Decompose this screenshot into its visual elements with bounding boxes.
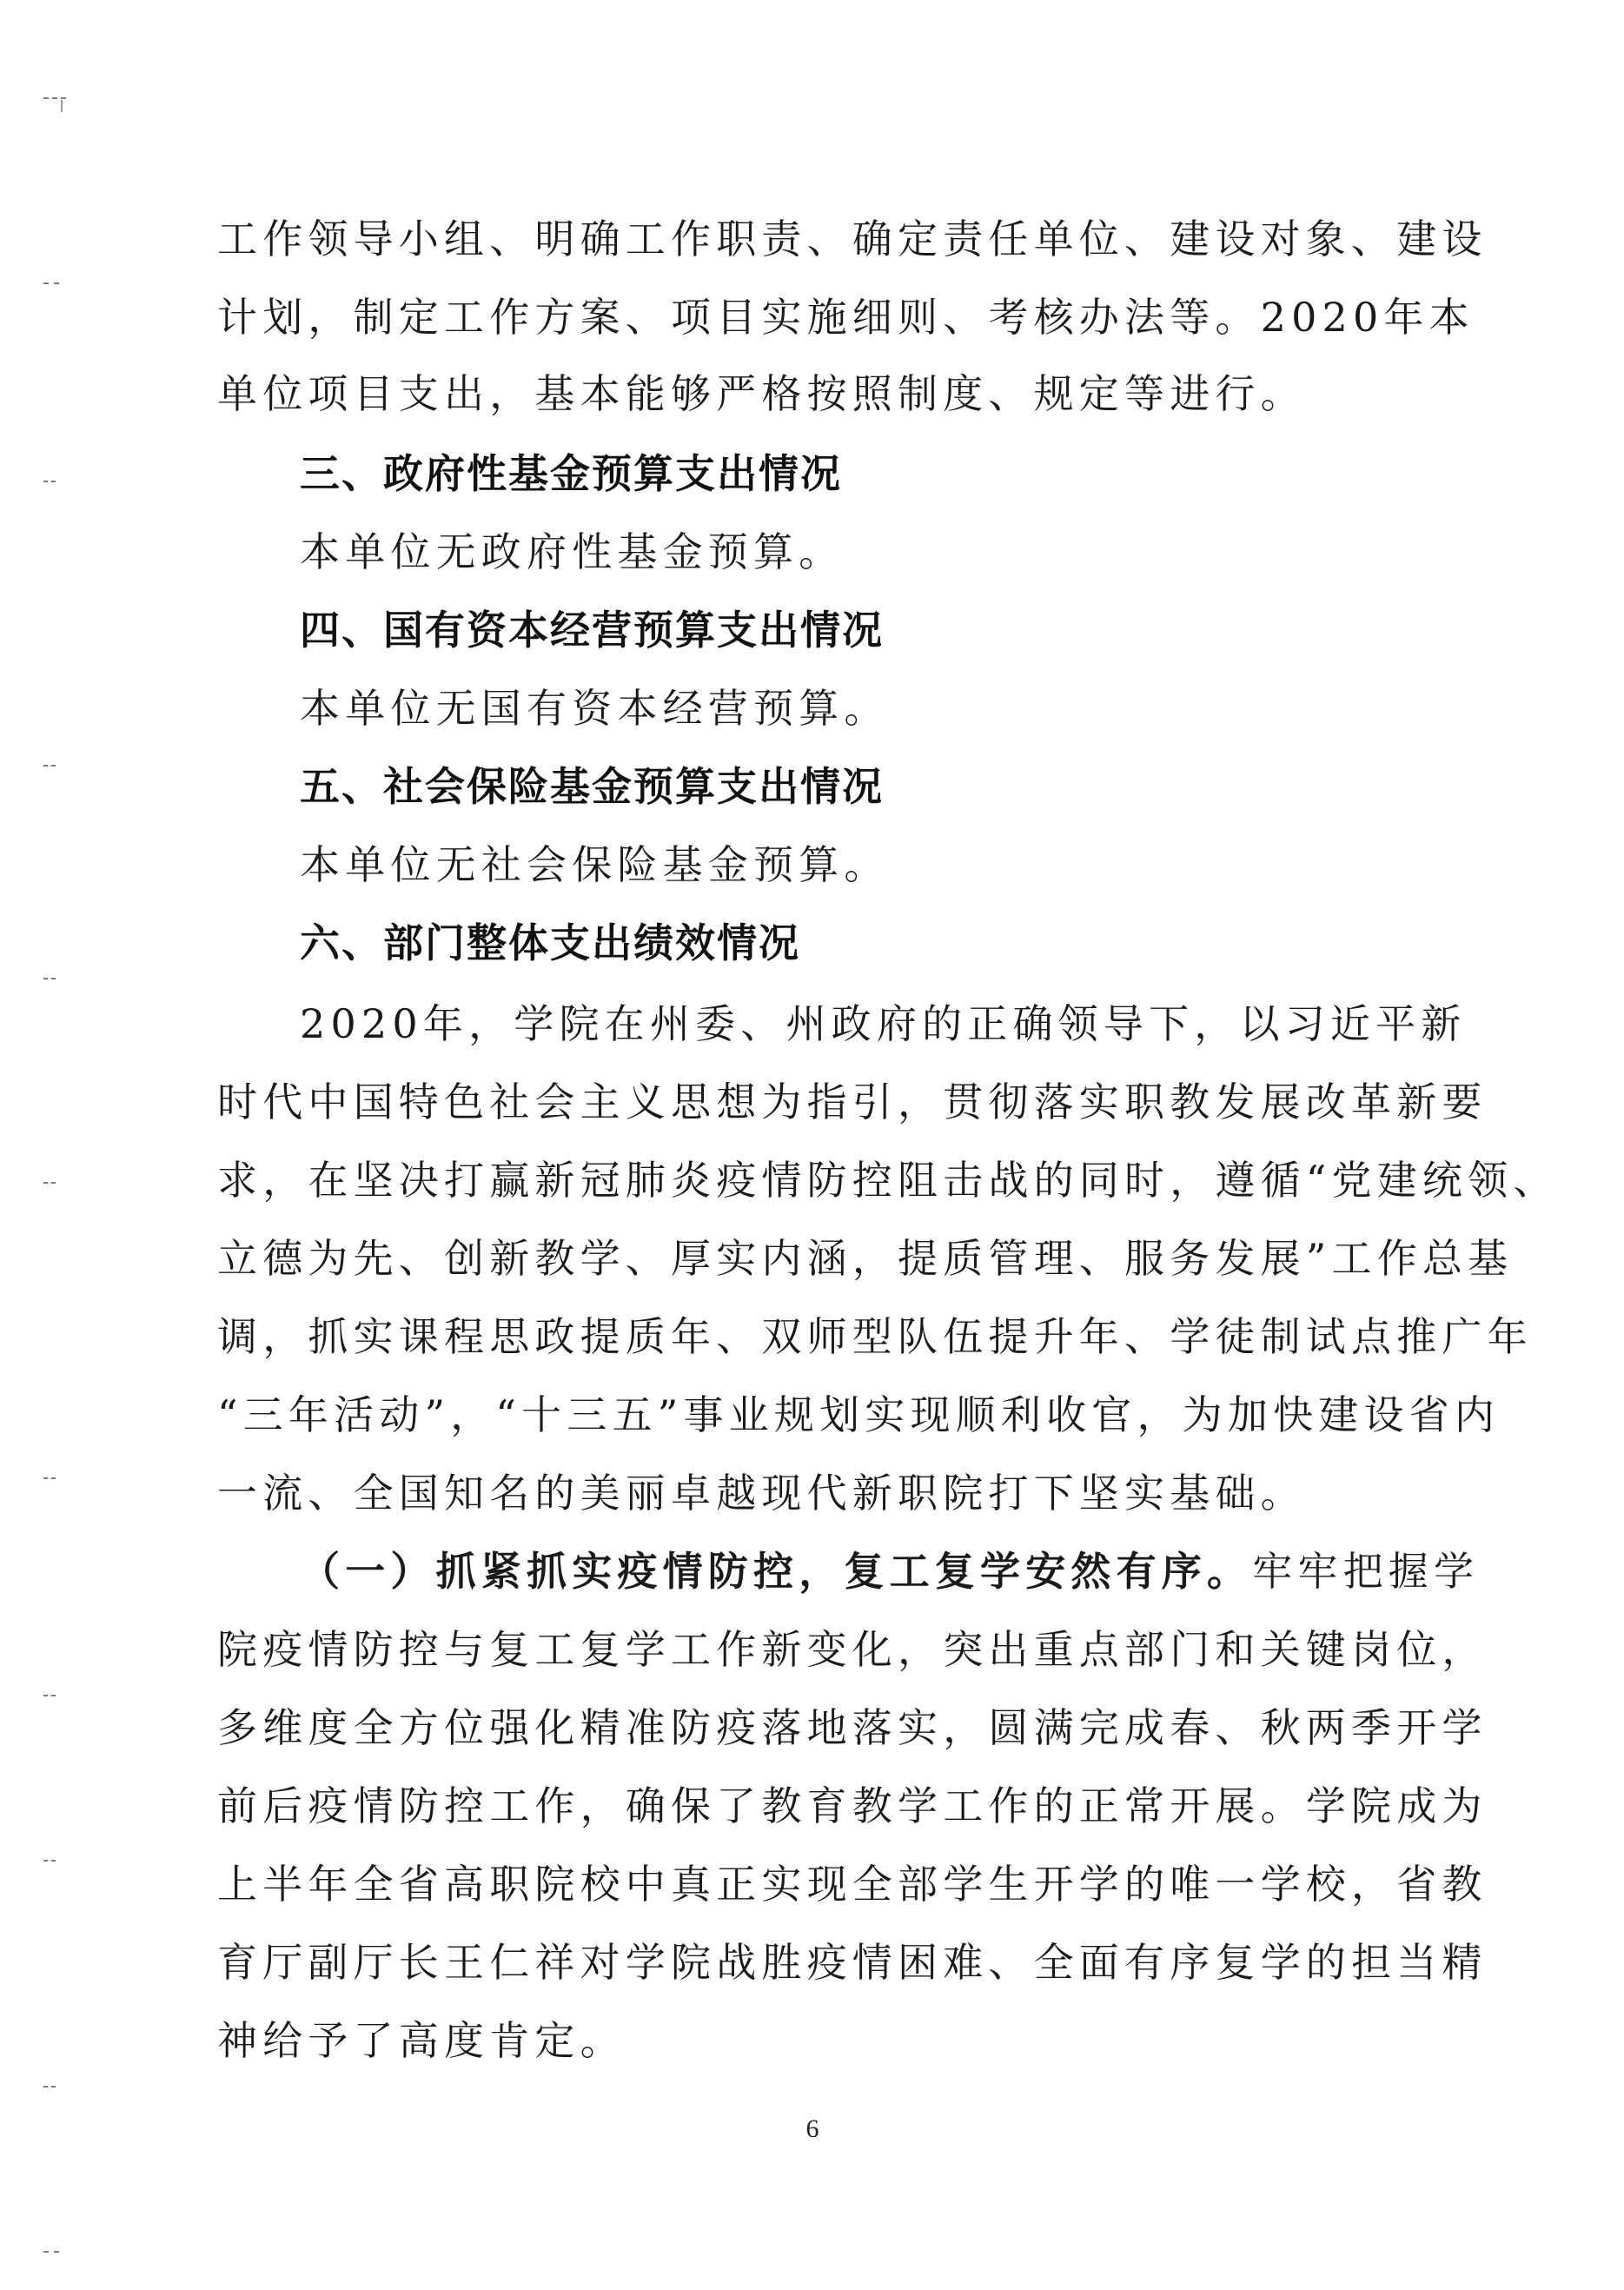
body-text-line: 时代中国特色社会主义思想为指引，贯彻落实职教发展改革新要 [217,1067,1403,1137]
scan-margin-mark [43,2251,59,2256]
body-text-line: 多维度全方位强化精准防疫落地落实，圆满完成春、秋两季开学 [217,1693,1403,1762]
body-text-line: “三年活动”，“十三五”事业规划实现顺利收官，为加快建设省内 [217,1380,1403,1450]
body-text-line: 院疫情防控与复工复学工作新变化，突出重点部门和关键岗位， [217,1615,1403,1684]
scan-margin-mark [43,282,59,288]
subsection-first-line-rest: 牢牢把握学 [1252,1548,1479,1595]
scan-margin-mark [43,978,56,983]
scan-margin-mark [43,765,56,770]
scan-margin-mark [43,2086,56,2091]
body-text-line: 一流、全国知名的美丽卓越现代新职院打下坚实基础。 [217,1458,1403,1528]
scan-margin-mark [43,481,56,486]
body-text-line: 工作领导小组、明确工作职责、确定责任单位、建设对象、建设 [217,204,1403,274]
body-text-line: 育厅副厅长王仁祥对学院战胜疫情困难、全面有序复学的担当精 [217,1928,1403,1997]
body-text-line: 调，抓实课程思政提质年、双师型队伍提升年、学徒制试点推广年 [217,1302,1403,1371]
section-body: 本单位无政府性基金预算。 [300,517,1403,587]
body-text-line: 立德为先、创新教学、厚实内涵，提质管理、服务发展”工作总基 [217,1224,1403,1293]
section-heading: 五、社会保险基金预算支出情况 [300,752,884,821]
section-heading: 四、国有资本经营预算支出情况 [300,595,884,665]
scan-margin-mark [43,1695,56,1700]
scan-margin-tick [61,100,63,112]
body-text-line: 前后疫情防控工作，确保了教育教学工作的正常开展。学院成为 [217,1771,1403,1841]
body-text-line: 求，在坚决打赢新冠肺炎疫情防控阻击战的同时，遵循“党建统领、 [217,1145,1403,1215]
subsection-title: （一）抓紧抓实疫情防控，复工复学安然有序。 [300,1548,1252,1595]
body-text-line: 神给予了高度肯定。 [217,2006,1403,2075]
scan-margin-mark [43,1182,56,1187]
section-body: 本单位无社会保险基金预算。 [300,830,1403,899]
scan-margin-mark [43,1477,56,1483]
body-text-line: 单位项目支出，基本能够严格按照制度、规定等进行。 [217,359,1403,428]
section-heading: 六、部门整体支出绩效情况 [300,908,800,978]
section-heading: 三、政府性基金预算支出情况 [300,439,842,508]
body-text-line: 上半年全省高职院校中真正实现全部学生开学的唯一学校，省教 [217,1849,1403,1919]
body-text-line: 计划，制定工作方案、项目实施细则、考核办法等。2020年本 [217,282,1403,352]
subsection-first-line: （一）抓紧抓实疫情防控，复工复学安然有序。牢牢把握学 [300,1537,1403,1606]
page-number: 6 [799,2112,825,2147]
document-page: 工作领导小组、明确工作职责、确定责任单位、建设对象、建设 计划，制定工作方案、项… [0,0,1624,2290]
scan-margin-mark [43,1860,56,1865]
body-text-line: 2020年，学院在州委、州政府的正确领导下，以习近平新 [300,989,1403,1059]
scan-margin-mark [43,97,66,103]
section-body: 本单位无国有资本经营预算。 [300,674,1403,743]
